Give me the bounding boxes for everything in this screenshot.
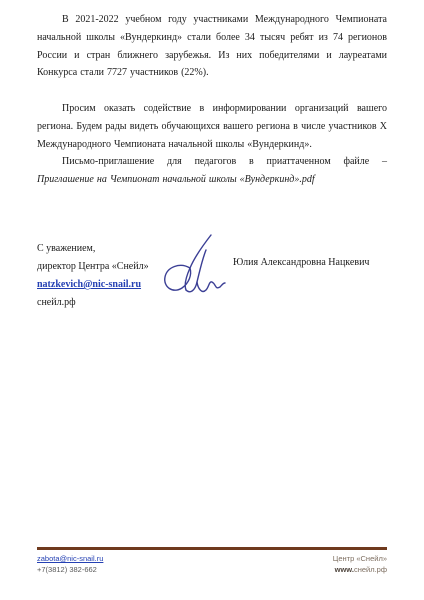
footer-website: www.снейл.рф xyxy=(333,564,387,575)
footer-email-link[interactable]: zabota@nic-snail.ru xyxy=(37,554,103,563)
page-footer: zabota@nic-snail.ru +7(3812) 382-662 Цен… xyxy=(37,547,387,575)
letter-page: В 2021-2022 учебном году участниками Меж… xyxy=(0,0,424,600)
paragraph-participants: В 2021-2022 учебном году участниками Меж… xyxy=(37,11,387,82)
footer-org-name: Центр «Снейл» xyxy=(333,553,387,564)
signer-name: Юлия Александровна Нацкевич xyxy=(233,256,369,270)
footer-website-domain: снейл.рф xyxy=(354,565,387,574)
attachment-intro-line: Письмо-приглашение для педагогов в приат… xyxy=(37,153,387,171)
paragraph-attachment: Письмо-приглашение для педагогов в приат… xyxy=(37,153,387,189)
footer-org-column: Центр «Снейл» www.снейл.рф xyxy=(333,553,387,575)
footer-website-prefix: www. xyxy=(335,565,354,574)
handwritten-signature-icon xyxy=(159,232,239,300)
signer-email-link[interactable]: natzkevich@nic-snail.ru xyxy=(37,279,141,290)
attachment-filename: Приглашение на Чемпионат начальной школы… xyxy=(37,171,387,189)
footer-phone: +7(3812) 382-662 xyxy=(37,564,103,575)
footer-contact-column: zabota@nic-snail.ru +7(3812) 382-662 xyxy=(37,553,103,575)
signature-block: С уважением, директор Центра «Снейл» nat… xyxy=(37,238,387,318)
letter-body: В 2021-2022 учебном году участниками Меж… xyxy=(37,11,387,189)
paragraph-request: Просим оказать содействие в информирован… xyxy=(37,100,387,153)
